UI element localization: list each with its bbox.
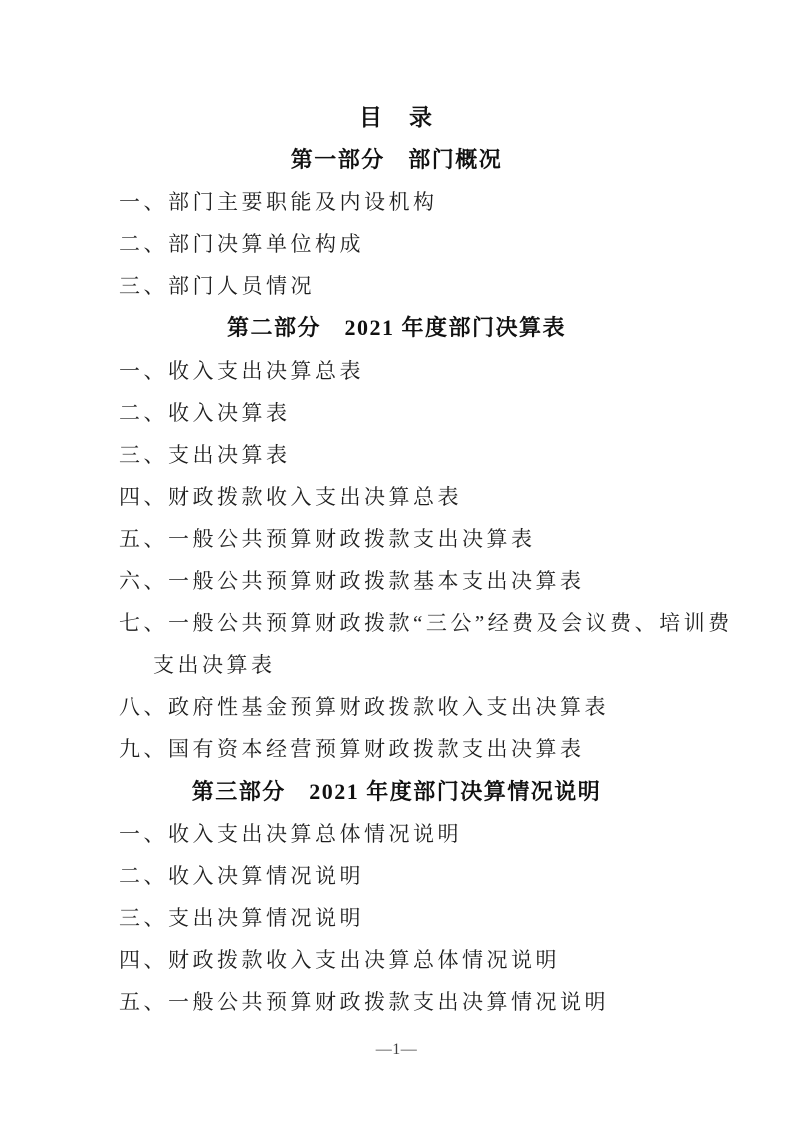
toc-item: 二、收入决算表	[0, 392, 793, 434]
toc-item: 三、部门人员情况	[0, 265, 793, 307]
toc-item: 三、支出决算表	[0, 434, 793, 476]
toc-section-heading-part3: 第三部分 2021 年度部门决算情况说明	[0, 771, 793, 813]
toc-item: 一、收入支出决算总表	[0, 350, 793, 392]
toc-item: 五、一般公共预算财政拨款支出决算情况说明	[0, 981, 793, 1023]
toc-item: 一、收入支出决算总体情况说明	[0, 813, 793, 855]
toc-title: 目 录	[0, 97, 793, 139]
toc-item: 一、部门主要职能及内设机构	[0, 181, 793, 223]
toc-item: 四、财政拨款收入支出决算总表	[0, 476, 793, 518]
toc-item: 八、政府性基金预算财政拨款收入支出决算表	[0, 686, 793, 728]
page-number: —1—	[0, 1038, 793, 1062]
toc-item: 四、财政拨款收入支出决算总体情况说明	[0, 939, 793, 981]
toc-item-continuation: 支出决算表	[0, 644, 793, 686]
toc-list: 目 录 第一部分 部门概况 一、部门主要职能及内设机构 二、部门决算单位构成 三…	[0, 97, 793, 1023]
toc-item: 六、一般公共预算财政拨款基本支出决算表	[0, 560, 793, 602]
toc-item: 九、国有资本经营预算财政拨款支出决算表	[0, 728, 793, 770]
toc-section-heading-part2: 第二部分 2021 年度部门决算表	[0, 307, 793, 349]
toc-section-heading-part1: 第一部分 部门概况	[0, 139, 793, 181]
toc-item: 三、支出决算情况说明	[0, 897, 793, 939]
toc-item: 五、一般公共预算财政拨款支出决算表	[0, 518, 793, 560]
toc-item: 七、一般公共预算财政拨款“三公”经费及会议费、培训费	[0, 602, 793, 644]
toc-item: 二、部门决算单位构成	[0, 223, 793, 265]
toc-item: 二、收入决算情况说明	[0, 855, 793, 897]
document-page: 目 录 第一部分 部门概况 一、部门主要职能及内设机构 二、部门决算单位构成 三…	[0, 0, 793, 1122]
